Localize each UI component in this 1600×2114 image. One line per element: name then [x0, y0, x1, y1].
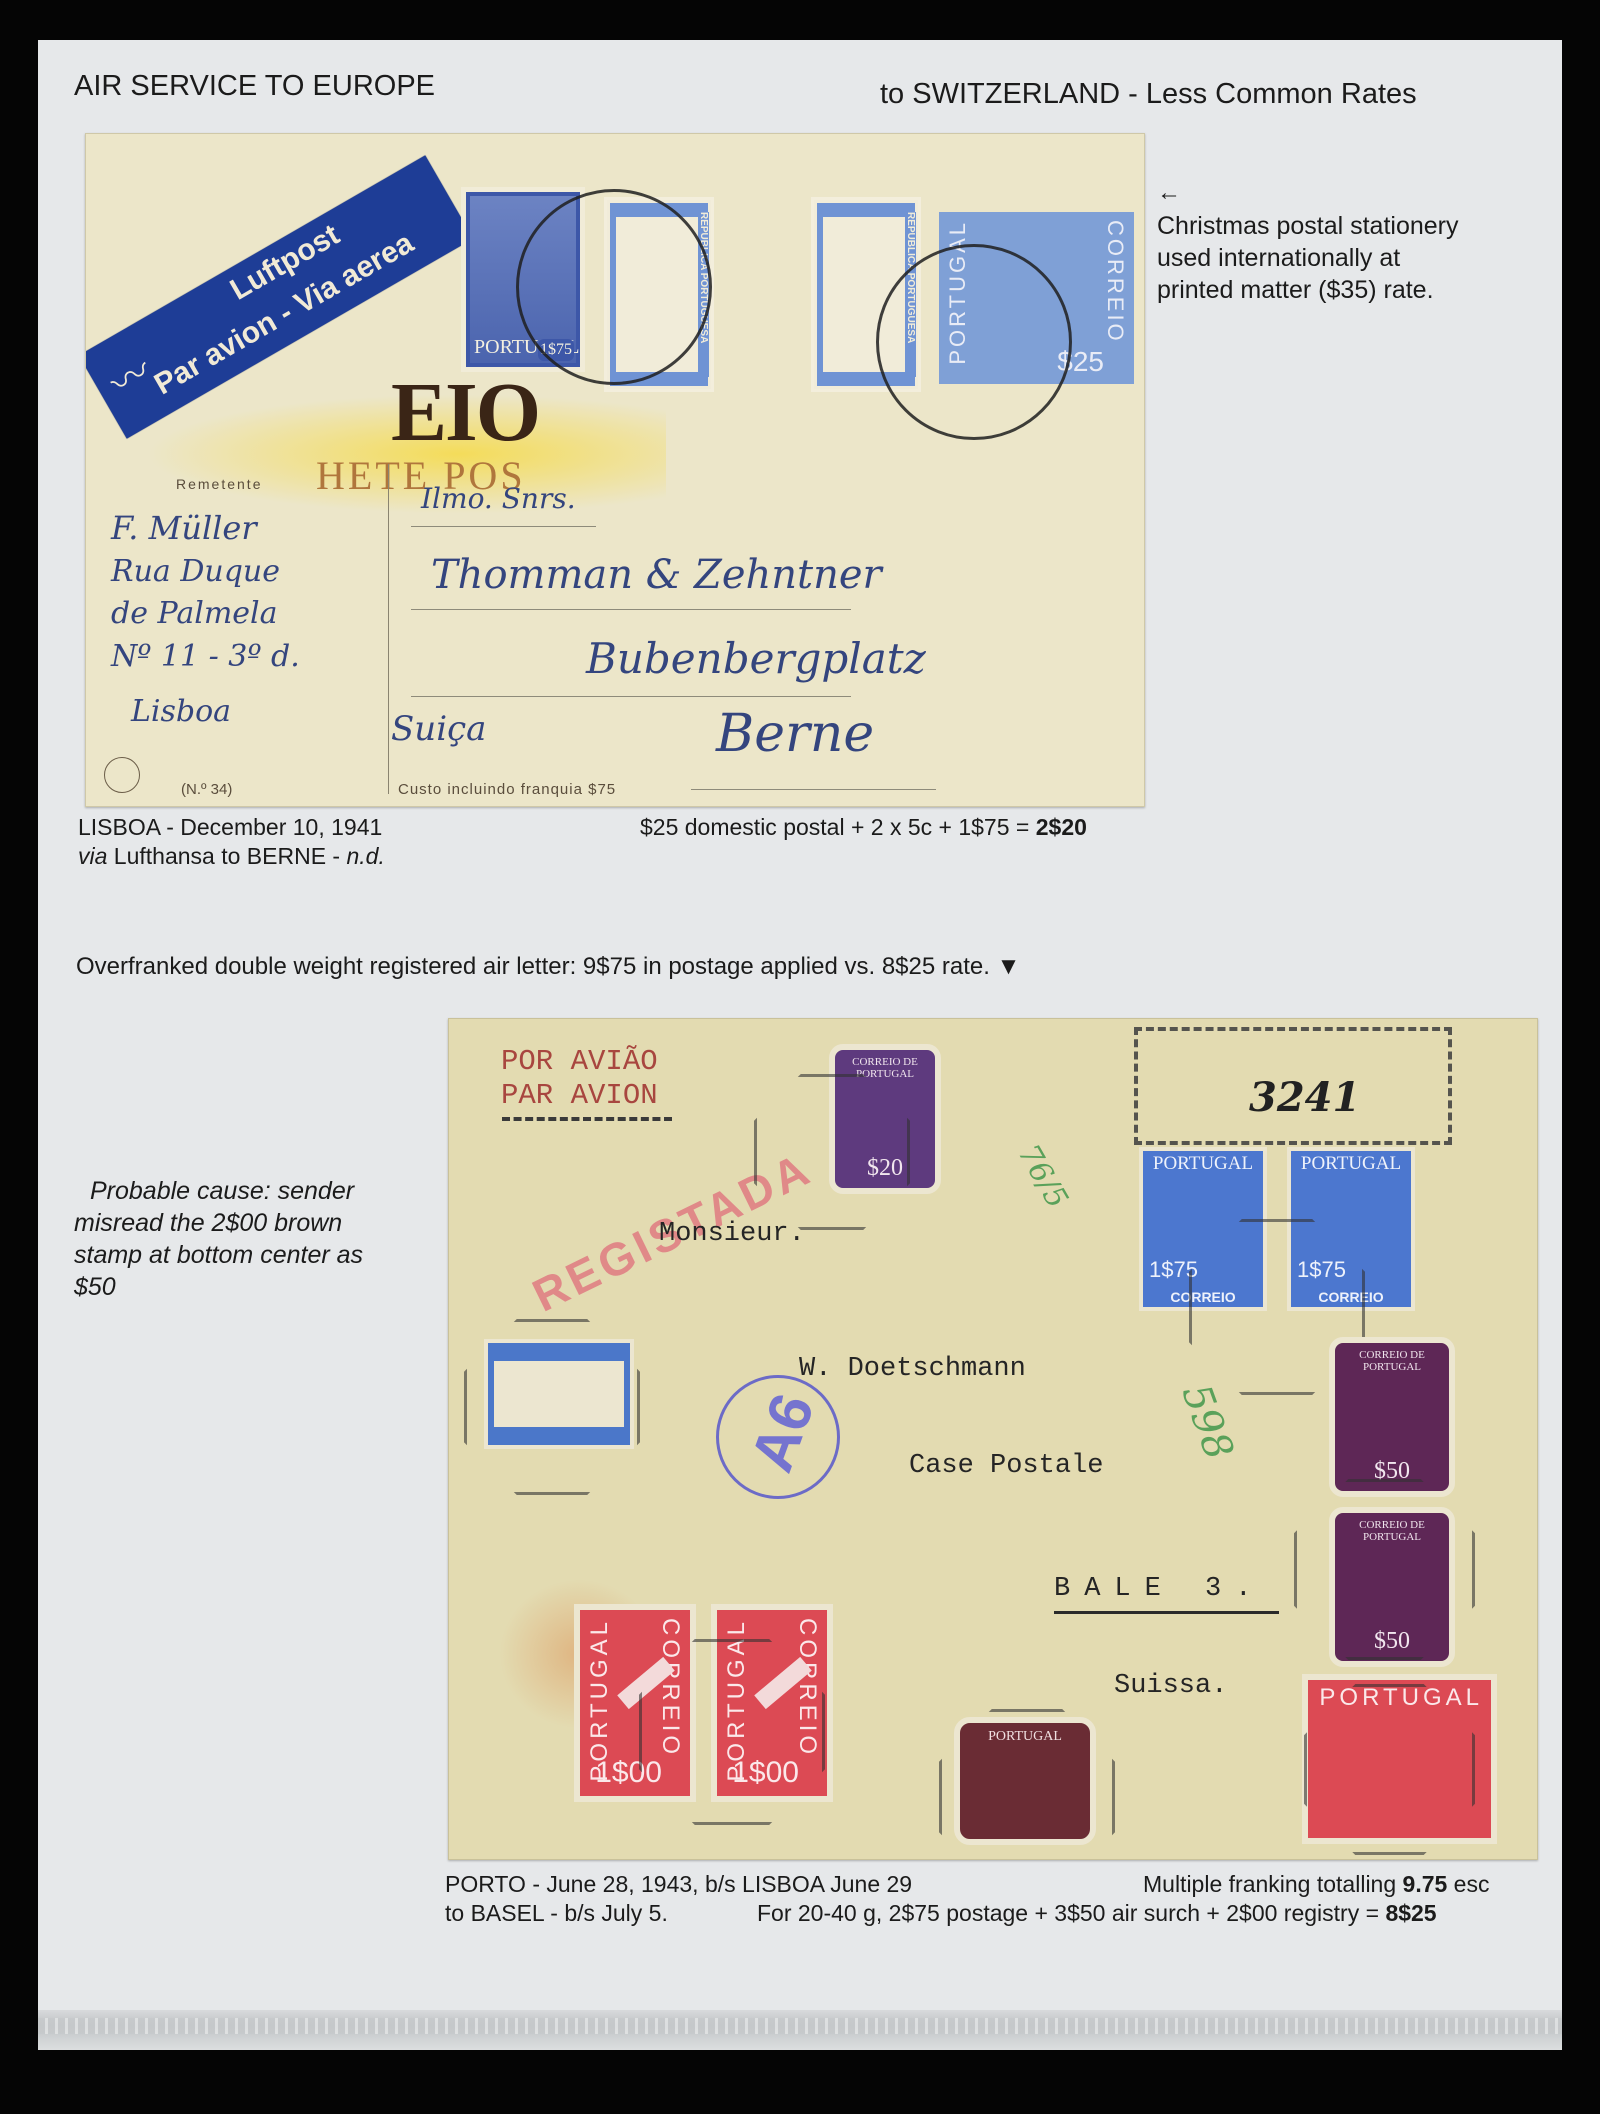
addressee-line-1: Ilmo. Snrs.: [421, 482, 576, 515]
rate-formula: $25 domestic postal + 2 x 5c + 1$75 =: [640, 814, 1036, 840]
address-rule-3: [411, 696, 851, 697]
cover-heading-text: Overfranked double weight registered air…: [76, 953, 990, 980]
sender-line-4: Nº 11 - 3º d.: [111, 639, 300, 674]
route-italic-prefix: via: [78, 843, 107, 869]
addressee-line-2: Thomman & Zehntner: [431, 552, 882, 598]
stamp-50c-caravel-1: CORREIO DE PORTUGAL $50: [1329, 1337, 1455, 1497]
side-note-1-line-3: printed matter ($35) rate.: [1157, 274, 1434, 306]
cover-origin-caption: PORTO - June 28, 1943, b/s LISBOA June 2…: [445, 1870, 912, 1899]
sender-line-2: Rua Duque: [111, 554, 280, 589]
left-arrow-icon: ←: [1157, 177, 1181, 209]
cover-rate-caption: For 20-40 g, 2$75 postage + 3$50 air sur…: [757, 1899, 1437, 1928]
address-line-1: Monsieur.: [659, 1219, 805, 1249]
route-text: Lufthansa to BERNE -: [107, 843, 346, 869]
card-rate-caption: $25 domestic postal + 2 x 5c + 1$75 = 2$…: [640, 813, 1087, 842]
card-route-caption: via Lufthansa to BERNE - n.d.: [78, 842, 385, 871]
porto-postmark-3: [464, 1319, 640, 1495]
address-line-4: BALE 3.: [1054, 1574, 1265, 1604]
porto-postmark-4: [1294, 1479, 1475, 1660]
rate-total: 2$20: [1036, 814, 1087, 840]
postmark-circle-2: [876, 244, 1072, 440]
address-rule-4: [691, 789, 936, 790]
air-marking-2: PAR AVION: [501, 1079, 658, 1113]
card-cost-note: Custo incluindo franquia $75: [398, 781, 616, 798]
page-protector-edge: [38, 2010, 1562, 2050]
address-rule-1: [411, 526, 596, 527]
postmark-circle-1: [516, 189, 712, 385]
ctt-logo: [104, 757, 140, 793]
addressee-line-3: Bubenbergplatz: [586, 634, 926, 683]
censor-mark: A6: [716, 1375, 840, 1499]
air-marking-1: POR AVIÃO: [501, 1045, 658, 1079]
rate-breakdown: For 20-40 g, 2$75 postage + 3$50 air sur…: [757, 1900, 1385, 1926]
registration-number: 3241: [1249, 1074, 1360, 1121]
air-marking-underline: [502, 1117, 672, 1121]
banner-word: EIO: [391, 364, 539, 461]
porto-postmark-7: [1304, 1684, 1475, 1855]
cover-franking-caption: Multiple franking totalling 9.75 esc: [1143, 1870, 1489, 1899]
side-note-2-line-4: $50: [74, 1271, 116, 1303]
porto-postmark-1: [754, 1074, 910, 1230]
card-number: (N.º 34): [181, 781, 232, 798]
registered-air-cover: POR AVIÃO PAR AVION REGISTADA 3241 CORRE…: [448, 1018, 1538, 1860]
address-line-2: W. Doetschmann: [799, 1354, 1026, 1384]
cover-heading: Overfranked double weight registered air…: [76, 952, 1020, 981]
side-note-2-line-2: misread the 2$00 brown: [74, 1207, 342, 1239]
sender-label: Remetente: [176, 476, 262, 492]
down-triangle-icon: ▼: [997, 953, 1021, 980]
handwritten-country: Suiça: [391, 709, 486, 749]
franking-text: Multiple franking totalling: [1143, 1871, 1403, 1897]
censor-mark-text: A6: [737, 1385, 828, 1481]
address-line-5: Suissa.: [1114, 1671, 1227, 1701]
porto-postmark-5: [639, 1639, 825, 1825]
address-line-3: Case Postale: [909, 1451, 1103, 1481]
franking-unit: esc: [1447, 1871, 1489, 1897]
route-italic-suffix: n.d.: [346, 843, 384, 869]
side-note-1-line-1: Christmas postal stationery: [1157, 210, 1459, 242]
pencil-note-2: 598: [1173, 1378, 1242, 1465]
card-origin-caption: LISBOA - December 10, 1941: [78, 813, 382, 842]
page-title-right: to SWITZERLAND - Less Common Rates: [880, 78, 1417, 111]
side-note-2-line-1: Probable cause: sender: [90, 1175, 354, 1207]
rate-total-2: 8$25: [1385, 1900, 1436, 1926]
christmas-postal-card: EIO HETE POS 〰 Luftpost Par avion - Via …: [85, 133, 1145, 807]
addressee-line-4: Berne: [716, 704, 874, 764]
address-underline: [1054, 1611, 1279, 1614]
page-title-left: AIR SERVICE TO EUROPE: [74, 70, 435, 103]
franking-total: 9.75: [1403, 1871, 1448, 1897]
address-rule-2: [411, 609, 851, 610]
side-note-2-line-3: stamp at bottom center as: [74, 1239, 363, 1271]
sender-line-5: Lisboa: [131, 694, 231, 729]
pencil-note-1: 76/5: [1011, 1139, 1075, 1215]
sender-line-1: F. Müller: [111, 509, 257, 547]
cover-destination-caption: to BASEL - b/s July 5.: [445, 1899, 668, 1928]
sender-line-3: de Palmela: [111, 596, 278, 631]
side-note-1-line-2: used internationally at: [1157, 242, 1400, 274]
address-divider: [388, 464, 389, 794]
